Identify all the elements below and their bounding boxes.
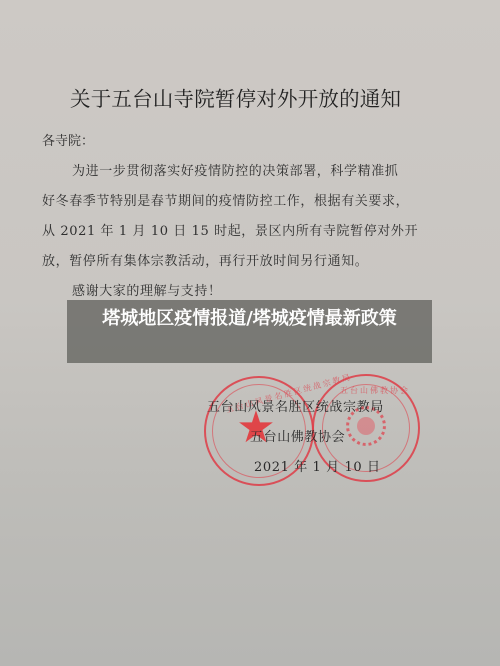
- body-paragraph-line: 放，暂停所有集体宗教活动，再行开放时间另行通知。: [42, 250, 368, 269]
- closing-line: 感谢大家的理解与支持！: [72, 280, 222, 299]
- body-paragraph-line: 从 2021 年 1 月 10 日 15 时起，景区内所有寺院暂停对外开: [42, 220, 418, 239]
- headline-text: 塔城地区疫情报道/塔城疫情最新政策: [102, 308, 397, 329]
- body-paragraph-line: 好冬春季节特别是春节期间的疫情防控工作，根据有关要求，: [42, 190, 409, 209]
- signature-bureau: 五台山风景名胜区统战宗教局: [207, 396, 384, 415]
- headline-overlay: 塔城地区疫情报道/塔城疫情最新政策: [67, 300, 432, 363]
- document-photo: 关于五台山寺院暂停对外开放的通知 各寺院： 为进一步贯彻落实好疫情防控的决策部署…: [0, 0, 500, 666]
- salutation: 各寺院：: [42, 130, 94, 149]
- signature-association: 五台山佛教协会: [250, 426, 345, 445]
- document-title: 关于五台山寺院暂停对外开放的通知: [70, 82, 430, 112]
- body-paragraph-line: 为进一步贯彻落实好疫情防控的决策部署，科学精准抓: [72, 160, 398, 179]
- seal-arc-text: 五台山佛教协会: [340, 385, 410, 396]
- signature-date: 2021 年 1 月 10 日: [254, 456, 381, 475]
